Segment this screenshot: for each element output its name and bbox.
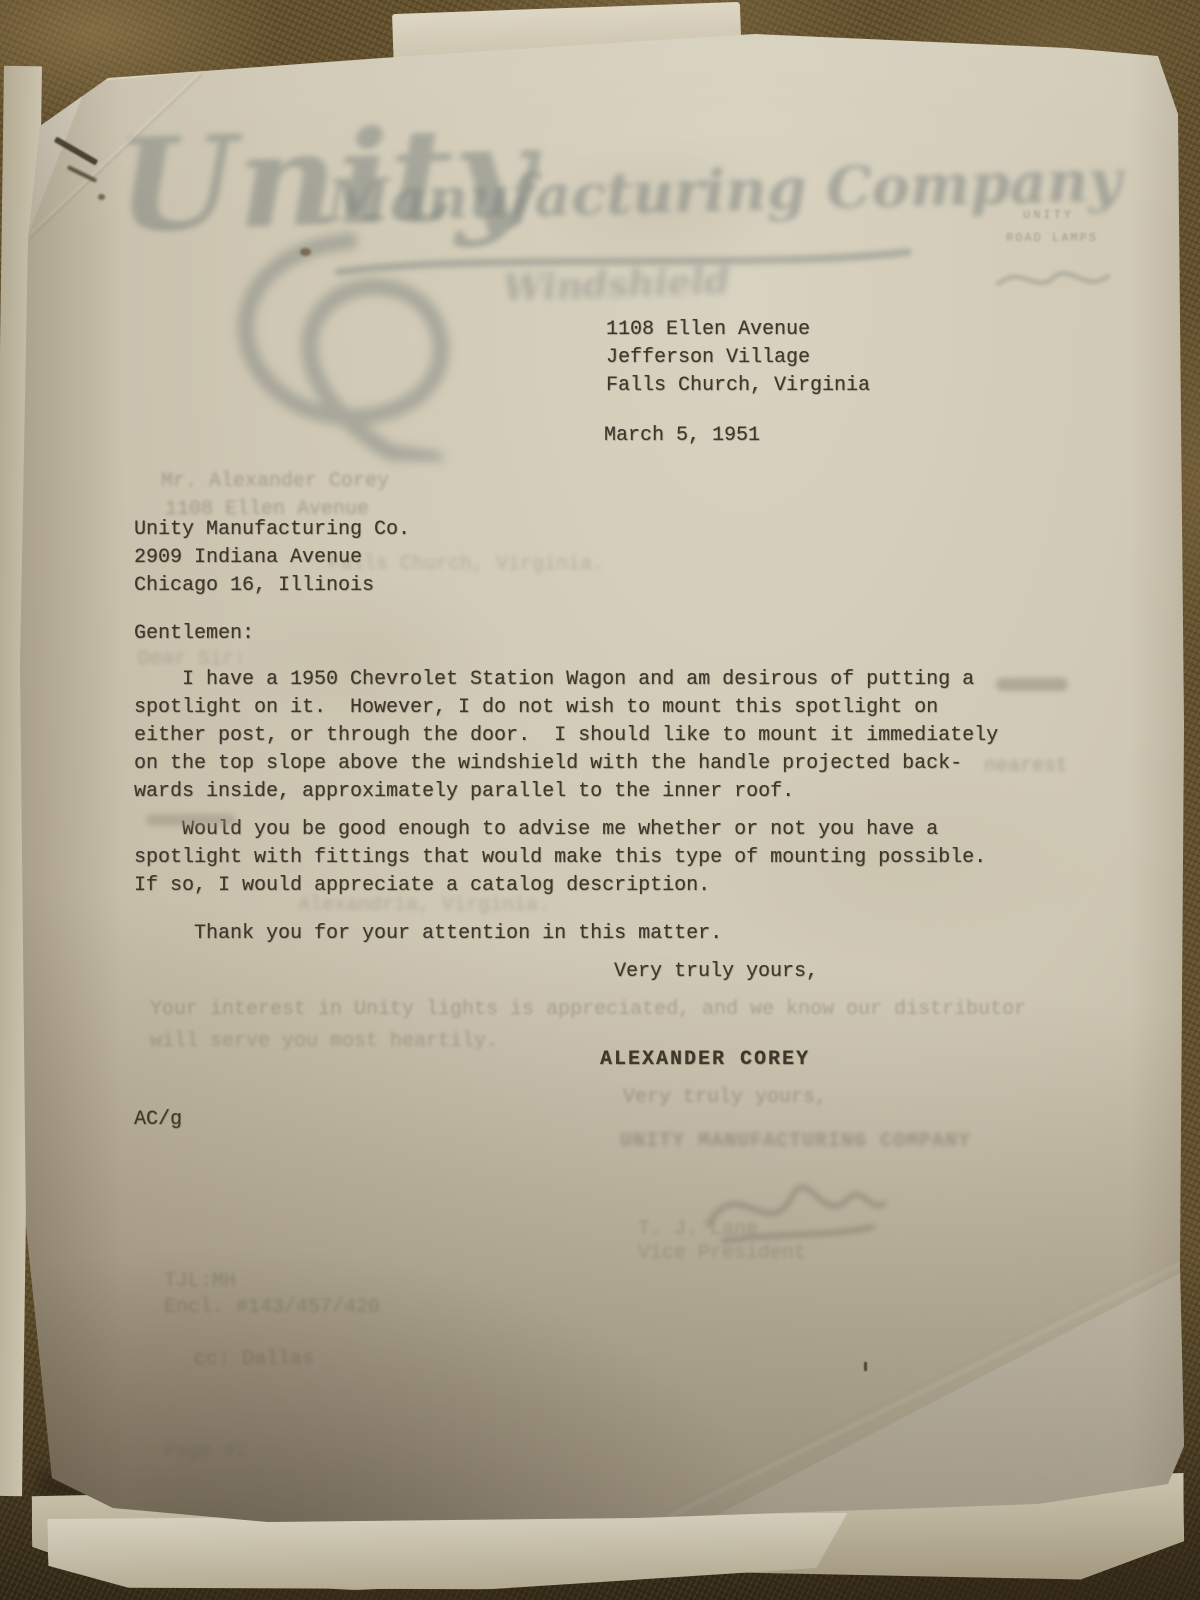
- ghost-corner-brand-line2: ROAD LAMPS: [1006, 224, 1098, 252]
- bleedthrough-smudge: [996, 678, 1068, 691]
- rust-speck: [98, 194, 105, 200]
- typed-signature-name: ALEXANDER COREY: [600, 1046, 810, 1074]
- ghost-reply-recipient-line1: Mr. Alexander Corey: [161, 468, 389, 496]
- ghost-reply-closing: Very truly yours,: [623, 1084, 827, 1112]
- letter-sheet: Unity Manufacturing Company Windshield U…: [18, 26, 1188, 1538]
- ghost-corner-flourish: [993, 258, 1113, 298]
- ghost-reply-body-line2: will serve you most heartily.: [150, 1028, 498, 1056]
- ghost-reply-body-line1: Your interest in Unity lights is appreci…: [150, 996, 1026, 1024]
- ghost-letterhead-script-windshield: Windshield: [502, 260, 730, 310]
- typed-salutation: Gentlemen:: [134, 620, 254, 648]
- rust-speck: [300, 248, 311, 256]
- typed-paragraph-3: Thank you for your attention in this mat…: [134, 920, 722, 948]
- ghost-reply-company-name: UNITY MANUFACTURING COMPANY: [620, 1128, 971, 1156]
- ghost-reply-enclosure: Encl. #143/457/420: [164, 1294, 380, 1322]
- typed-paragraph-1: I have a 1950 Chevrolet Station Wagon an…: [134, 666, 998, 806]
- ghost-reply-cc-line: cc: Dallas: [194, 1346, 314, 1374]
- typed-closing: Very truly yours,: [614, 958, 818, 986]
- ghost-page-number: Page #2: [164, 1438, 248, 1466]
- typed-paragraph-2: Would you be good enough to advise me wh…: [134, 816, 986, 900]
- ghost-reply-vp-title: Vice President: [638, 1240, 806, 1268]
- typed-recipient-address: Unity Manufacturing Co. 2909 Indiana Ave…: [134, 516, 410, 600]
- ink-speck: [864, 1362, 867, 1371]
- photo-of-letter: { "letter": { "sender_address": "1108 El…: [0, 0, 1200, 1600]
- crease-line-bottomright: [666, 1258, 1186, 1519]
- typed-sender-address: 1108 Ellen Avenue Jefferson Village Fall…: [606, 316, 870, 400]
- typed-date: March 5, 1951: [604, 422, 760, 450]
- bleedthrough-smudge: [146, 814, 236, 826]
- typed-typist-reference: AC/g: [134, 1106, 182, 1134]
- ghost-reply-typist-reference: TJL:MH: [164, 1268, 236, 1296]
